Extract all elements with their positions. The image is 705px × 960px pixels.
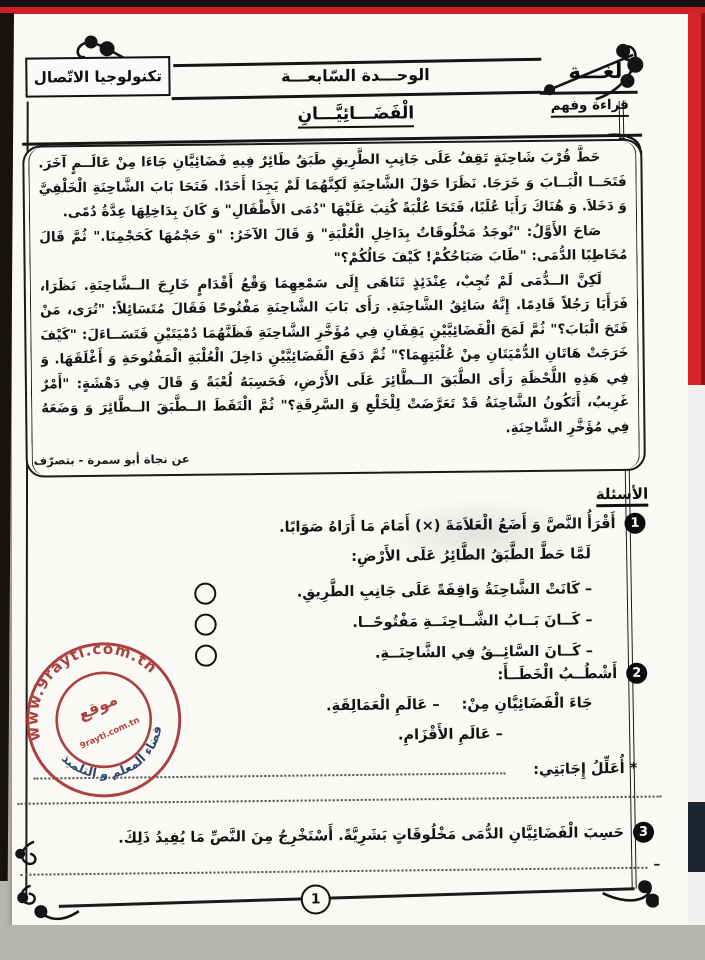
justify-label: * أُعَلِّلُ إِجَابَتِي: — [533, 761, 637, 778]
passage-text: حَطَّ قُرْبَ شَاحِنَةٍ تَقِفُ عَلَى جَان… — [38, 145, 630, 472]
option-text: – كَانَتْ الشَّاحِنَةُ وَاقِفَةً عَلَى ج… — [297, 581, 593, 600]
question-1-options: – كَانَتْ الشَّاحِنَةُ وَاقِفَةً عَلَى ج… — [194, 577, 593, 675]
scroll-curl-bottom-left-icon — [10, 839, 83, 924]
subject-left-label: تكنولوجيا الاتّصال — [34, 67, 162, 86]
stamp-label-inner: موقع — [75, 689, 121, 724]
question-3-text: حَسِبَ الْفَضَائِيَّانِ الدُّمَى مَخْلُو… — [118, 824, 624, 846]
option-row: – كَانَتْ الشَّاحِنَةُ وَاقِفَةً عَلَى ج… — [194, 577, 592, 605]
site-stamp-watermark: www.9rayti.com.tn فضاء المعلم و التلميذ … — [0, 608, 215, 832]
page-content: تكنولوجيا الاتّصال الوحـــدة السّابعـــة… — [0, 0, 705, 960]
option-text: – كَــانَ السَّائِــقُ فِي الشَّاحِنَــة… — [375, 643, 593, 661]
frame-bottom-line — [59, 887, 635, 907]
questions-heading: الأسئلة — [578, 485, 648, 504]
passage-paragraph: لَكِنَّ الــدُّمَى لَمْ تُجِبْ، عِنْدَئِ… — [40, 267, 630, 445]
question-1-badge: 1 — [624, 513, 645, 534]
question-3-answer-row: – — [18, 853, 660, 880]
option-row: – كَــانَ بَــابُ الشَّــاحِنَــةِ مَفْت… — [194, 608, 592, 636]
subject-right-label: لغـــة — [555, 59, 635, 84]
option-text: – كَــانَ بَــابُ الشَّــاحِنَــةِ مَفْت… — [352, 612, 592, 631]
page-number: 1 — [301, 884, 331, 914]
answer-circle[interactable] — [194, 582, 216, 604]
lesson-title: الْفَضَـــائِيَّـــانِ — [236, 103, 476, 126]
scanned-worksheet-page: تكنولوجيا الاتّصال الوحـــدة السّابعـــة… — [0, 0, 705, 960]
question-2-text: أَشْطُــبُ الْخَطَــأَ: — [497, 666, 617, 683]
answer-circle[interactable] — [195, 613, 217, 635]
answer-blank[interactable] — [20, 853, 647, 876]
question-2-option-2: – عَالَمِ الأَقْزَامِ. — [303, 726, 503, 744]
answer-dash: – — [653, 857, 660, 873]
activity-label: قراءة وفهم — [538, 97, 642, 114]
option-row: – كَــانَ السَّائِــقُ فِي الشَّاحِنَــة… — [195, 639, 593, 667]
answer-circle[interactable] — [195, 644, 217, 666]
banner-bottom-line — [172, 91, 542, 100]
passage-paragraph: حَطَّ قُرْبَ شَاحِنَةٍ تَقِفُ عَلَى جَان… — [38, 145, 627, 225]
question-2-prompt: جَاءَ الْفَضَائِيَّانِ مِنْ: — [461, 695, 592, 712]
passage-box: حَطَّ قُرْبَ شَاحِنَةٍ تَقِفُ عَلَى جَان… — [22, 139, 646, 478]
passage-paragraph: صَاحَ الأَوَّلُ: "تُوجَدُ مَخْلُوقَاتٌ ب… — [39, 218, 628, 274]
question-3-badge: 3 — [633, 822, 654, 843]
question-2-option-1: – عَالَمِ الْعَمَالِقَةِ. — [326, 697, 440, 714]
question-2-badge: 2 — [626, 663, 647, 684]
passage-attribution: عن نجاة أبو سمرة - بتصرّف — [34, 452, 190, 468]
unit-title: الوحـــدة السّابعـــة — [205, 64, 505, 86]
question-3: 3 حَسِبَ الْفَضَائِيَّانِ الدُّمَى مَخْل… — [34, 822, 654, 850]
subject-left-box: تكنولوجيا الاتّصال — [25, 56, 170, 98]
question-1-text: أَقْرَأُ النَّصَّ وَ أَضَعُ الْعَلاَمَةَ… — [279, 516, 616, 536]
